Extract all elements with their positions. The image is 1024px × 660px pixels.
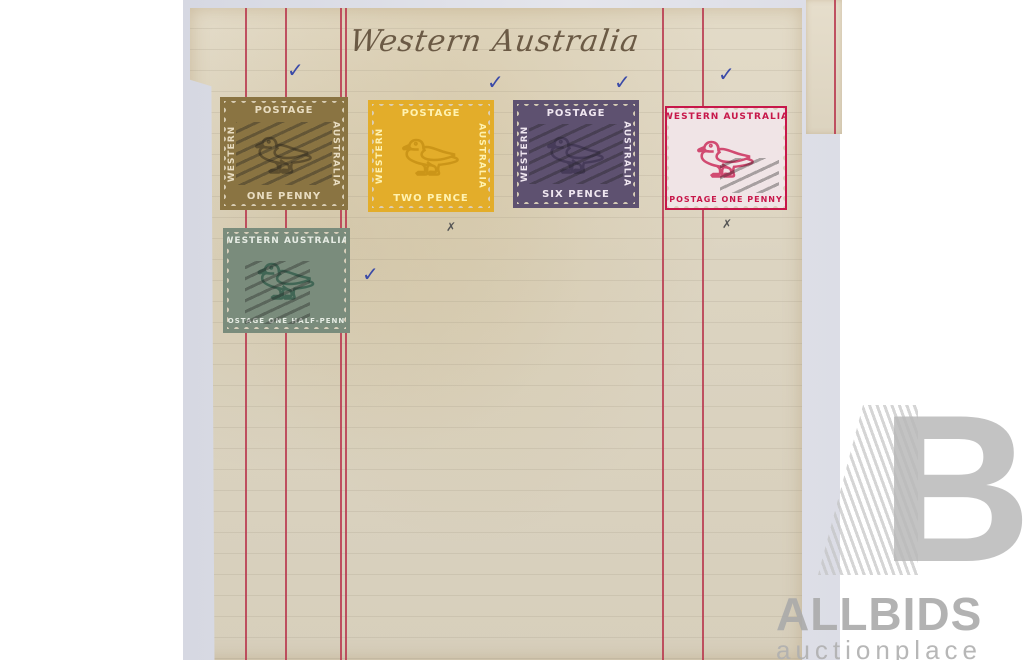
stamp-left-text: Western [520, 126, 530, 182]
check-mark-icon: ✓ [287, 58, 304, 82]
stamp-top-text: Postage [255, 105, 314, 116]
stamp-one-penny-carmine: Western Australia 𓅰 Postage One Penny [665, 106, 787, 210]
watermark-brand: ALLBIDS [776, 587, 982, 641]
adjacent-album-page [806, 0, 842, 134]
watermark-tagline: auctionplace [776, 635, 982, 660]
cross-mark-icon: ✗ [446, 220, 456, 234]
swan-icon: 𓅰 [400, 133, 461, 183]
stamp-value-text: One Penny [247, 191, 321, 202]
cross-mark-icon: ✗ [722, 217, 732, 231]
stamp-right-text: Australia [331, 121, 341, 187]
swan-icon: 𓅰 [256, 257, 317, 307]
stamp-top-text: Western Australia [665, 112, 787, 122]
page-heading: Western Australia [348, 24, 642, 59]
swan-icon: 𓅰 [695, 135, 756, 185]
stamp-half-penny-green: Western Australia 𓅰 Postage One Half-Pen… [223, 228, 350, 333]
check-mark-icon: ✓ [718, 62, 735, 86]
check-mark-icon: ✓ [362, 262, 379, 286]
stamp-top-text: Postage [547, 108, 606, 119]
stamp-two-pence-yellow: Postage Western 𓅰 Australia Two Pence [368, 100, 494, 212]
stamp-right-text: Australia [477, 123, 487, 189]
stamp-value-text: Postage One Half-Penny [223, 317, 350, 325]
stamp-value-text: Postage One Penny [669, 195, 783, 204]
stamp-left-text: Western [227, 125, 237, 181]
column-rule-line [662, 8, 664, 660]
swan-icon: 𓅰 [545, 131, 606, 181]
stamp-one-penny-brown: Postage Western 𓅰 Australia One Penny [220, 97, 348, 210]
allbids-watermark: B ALLBIDS auctionplace [770, 395, 1024, 660]
rule-line [834, 0, 836, 134]
background-left [0, 0, 190, 660]
check-mark-icon: ✓ [487, 70, 504, 94]
swan-icon: 𓅰 [253, 131, 314, 181]
stamp-top-text: Western Australia [224, 236, 350, 246]
stamp-six-pence-purple: Postage Western 𓅰 Australia Six Pence [513, 100, 639, 208]
stamp-top-text: Postage [402, 108, 461, 119]
logo-letter: B [880, 400, 1024, 579]
check-mark-icon: ✓ [614, 70, 631, 94]
stamp-value-text: Two Pence [393, 193, 469, 204]
stamp-value-text: Six Pence [542, 189, 610, 200]
stamp-left-text: Western [375, 128, 385, 184]
stamp-right-text: Australia [622, 121, 632, 187]
